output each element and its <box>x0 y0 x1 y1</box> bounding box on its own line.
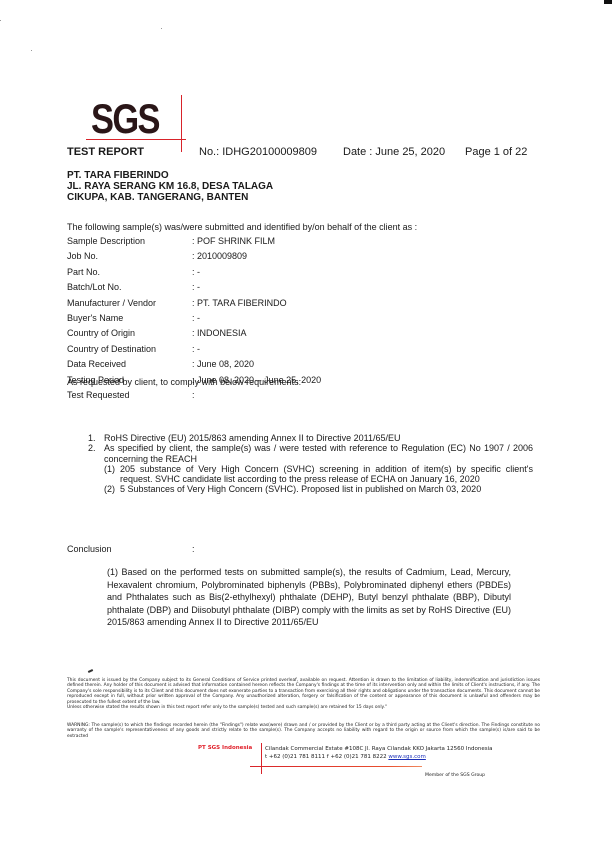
info-row: Test Requested: <box>67 390 321 405</box>
company-address-block: Cilandak Commercial Estate #108C Jl. Ray… <box>265 745 493 761</box>
info-row: Job No.: 2010009809 <box>67 251 321 266</box>
page-number: Page 1 of 22 <box>465 146 527 158</box>
footer-vertical-line <box>261 743 262 774</box>
disclaimer-text: This document is issued by the Company s… <box>67 678 540 705</box>
company-address: Cilandak Commercial Estate #108C Jl. Ray… <box>265 745 493 753</box>
subitem-text: 5 Substances of Very High Concern (SVHC)… <box>120 484 481 494</box>
info-row: Part No.: - <box>67 267 321 282</box>
report-date: Date : June 25, 2020 <box>343 146 445 158</box>
subitem-number: (2) <box>104 484 120 494</box>
info-value: : PT. TARA FIBERINDO <box>192 298 287 313</box>
info-value: : <box>192 390 195 405</box>
info-label: Test Requested <box>67 390 192 405</box>
info-label: Part No. <box>67 267 192 282</box>
info-value: : June 08, 2020 <box>192 359 254 374</box>
scan-artifact <box>604 0 612 4</box>
footer-warning: WARNING: The sample(s) to which the find… <box>67 723 540 739</box>
subitem-number: (1) <box>104 464 120 485</box>
footer-horizontal-line <box>250 766 422 767</box>
intro-text: The following sample(s) was/were submitt… <box>67 222 417 232</box>
requirement-number: 1. <box>88 433 104 443</box>
requirement-text: RoHS Directive (EU) 2015/863 amending An… <box>104 433 401 443</box>
info-label: Buyer's Name <box>67 313 192 328</box>
requirement-subitem: (1)205 substance of Very High Concern (S… <box>104 464 533 485</box>
conclusion-label: Conclusion <box>67 544 112 554</box>
requirement-subitem: (2)5 Substances of Very High Concern (SV… <box>104 484 533 494</box>
info-value: : POF SHRINK FILM <box>192 236 275 251</box>
logo-vertical-line <box>181 95 182 152</box>
retention-text: Unless otherwise stated the results show… <box>67 705 540 710</box>
info-value: : - <box>192 344 200 359</box>
info-row: Country of Origin: INDONESIA <box>67 328 321 343</box>
info-label: Sample Description <box>67 236 192 251</box>
scan-speck <box>31 50 32 51</box>
report-number: No.: IDHG20100009809 <box>199 146 317 158</box>
client-name: PT. TARA FIBERINDO <box>67 170 273 181</box>
conclusion-colon: : <box>192 544 195 554</box>
scan-speck <box>0 20 1 21</box>
client-block: PT. TARA FIBERINDO JL. RAYA SERANG KM 16… <box>67 170 273 203</box>
pen-mark <box>88 669 93 673</box>
info-row: Country of Destination: - <box>67 344 321 359</box>
info-row: Batch/Lot No.: - <box>67 282 321 297</box>
info-value: : - <box>192 267 200 282</box>
requirement-item: 1.RoHS Directive (EU) 2015/863 amending … <box>88 433 533 443</box>
client-address-line-1: JL. RAYA SERANG KM 16.8, DESA TALAGA <box>67 181 273 192</box>
footer-disclaimer: This document is issued by the Company s… <box>67 678 540 710</box>
report-title: TEST REPORT <box>67 146 144 158</box>
company-contact: t +62 (0)21 781 8111 f +62 (0)21 781 822… <box>265 753 493 761</box>
conclusion-text: (1) Based on the performed tests on subm… <box>107 566 511 629</box>
requested-text: As requested by client, to comply with b… <box>67 377 301 387</box>
info-row: Data Received: June 08, 2020 <box>67 359 321 374</box>
website-link[interactable]: www.sgs.com <box>388 754 425 760</box>
info-label: Country of Destination <box>67 344 192 359</box>
scan-speck <box>161 28 162 29</box>
info-value: : - <box>192 282 200 297</box>
info-label: Country of Origin <box>67 328 192 343</box>
client-address-line-2: CIKUPA, KAB. TANGERANG, BANTEN <box>67 192 273 203</box>
company-name: PT SGS Indonesia <box>198 745 252 751</box>
sgs-logo-text: SGS <box>91 97 159 141</box>
info-row: Manufacturer / Vendor: PT. TARA FIBERIND… <box>67 298 321 313</box>
requirements-list: 1.RoHS Directive (EU) 2015/863 amending … <box>88 433 533 495</box>
subitem-text: 205 substance of Very High Concern (SVHC… <box>120 464 533 485</box>
info-row: Buyer's Name: - <box>67 313 321 328</box>
info-label: Batch/Lot No. <box>67 282 192 297</box>
requirement-text: As specified by client, the sample(s) wa… <box>104 443 533 464</box>
info-row: Sample Description: POF SHRINK FILM <box>67 236 321 251</box>
info-label: Job No. <box>67 251 192 266</box>
member-text: Member of the SGS Group <box>425 773 485 778</box>
info-value: : 2010009809 <box>192 251 247 266</box>
info-value: : - <box>192 313 200 328</box>
info-label: Data Received <box>67 359 192 374</box>
requirement-item: 2.As specified by client, the sample(s) … <box>88 443 533 464</box>
info-label: Manufacturer / Vendor <box>67 298 192 313</box>
info-value: : INDONESIA <box>192 328 247 343</box>
logo-horizontal-line <box>86 139 186 140</box>
company-phone: t +62 (0)21 781 8111 f +62 (0)21 781 822… <box>265 754 387 760</box>
requirement-number: 2. <box>88 443 104 464</box>
